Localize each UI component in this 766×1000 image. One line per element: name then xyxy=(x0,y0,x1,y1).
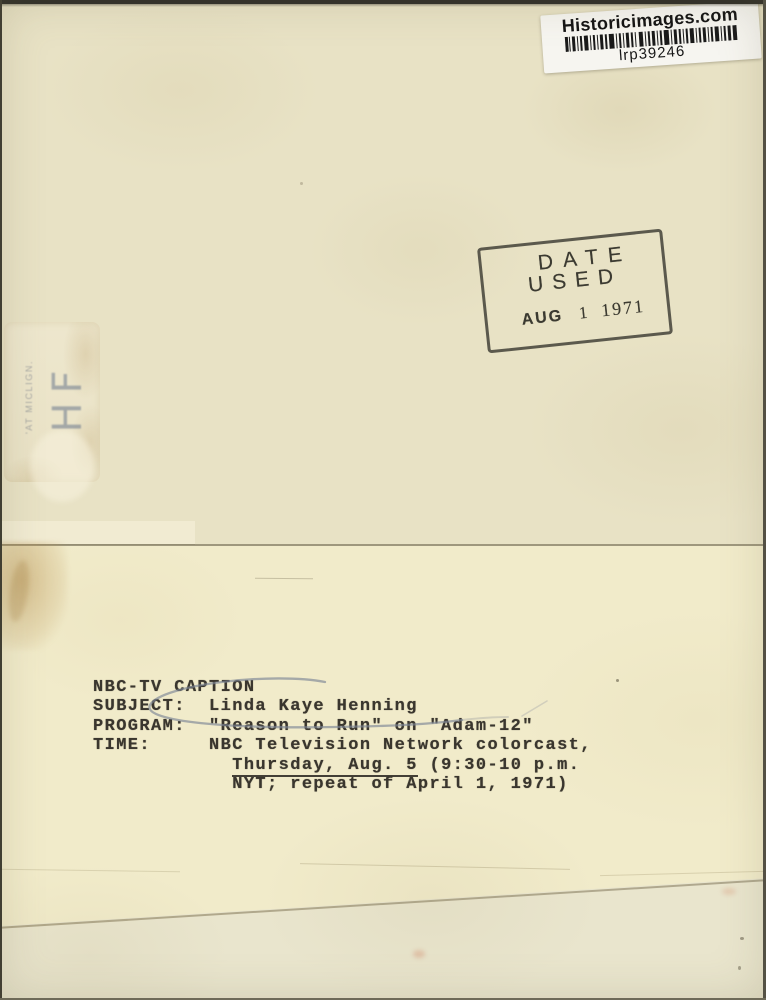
caption-time-rest: (9:30-10 p.m. xyxy=(418,756,580,775)
stamp-year: 1971 xyxy=(600,296,646,321)
caption-line-time: TIME: NBC Television Network colorcast, xyxy=(93,736,592,755)
stamp-day: 1 xyxy=(578,303,589,324)
caption-line-title: NBC-TV CAPTION xyxy=(93,678,592,697)
caption-line-program: PROGRAM: "Reason to Run" on "Adam-12" xyxy=(93,717,592,736)
stamp-month: AUG xyxy=(521,307,564,329)
barcode-sticker: Historicimages.com lrp39246 xyxy=(540,0,762,73)
faded-stamp-letters: HF xyxy=(38,347,98,447)
scan-edge-left xyxy=(0,0,2,1000)
caption-indent xyxy=(93,756,232,775)
scan-edge-top xyxy=(0,0,766,4)
stamp-date-line: AUG 1 1971 xyxy=(521,294,668,330)
caption-underlined-date: Thursday, Aug. 5 xyxy=(232,756,418,777)
date-used-stamp: DATE USED AUG 1 1971 xyxy=(477,229,673,354)
typed-caption-block: NBC-TV CAPTION SUBJECT: Linda Kaye Henni… xyxy=(93,678,592,794)
photo-back-scan: HF 'AT MICLIGN. NBC-TV CAPTION SUBJECT: … xyxy=(0,0,766,1000)
caption-line-subject: SUBJECT: Linda Kaye Henning xyxy=(93,697,592,716)
caption-line-time-2: Thursday, Aug. 5 (9:30-10 p.m. xyxy=(93,756,592,775)
speck xyxy=(300,182,303,185)
faded-stamp-small-text: 'AT MICLIGN. xyxy=(24,342,38,452)
caption-line-time-3: NYT; repeat of April 1, 1971) xyxy=(93,775,592,794)
